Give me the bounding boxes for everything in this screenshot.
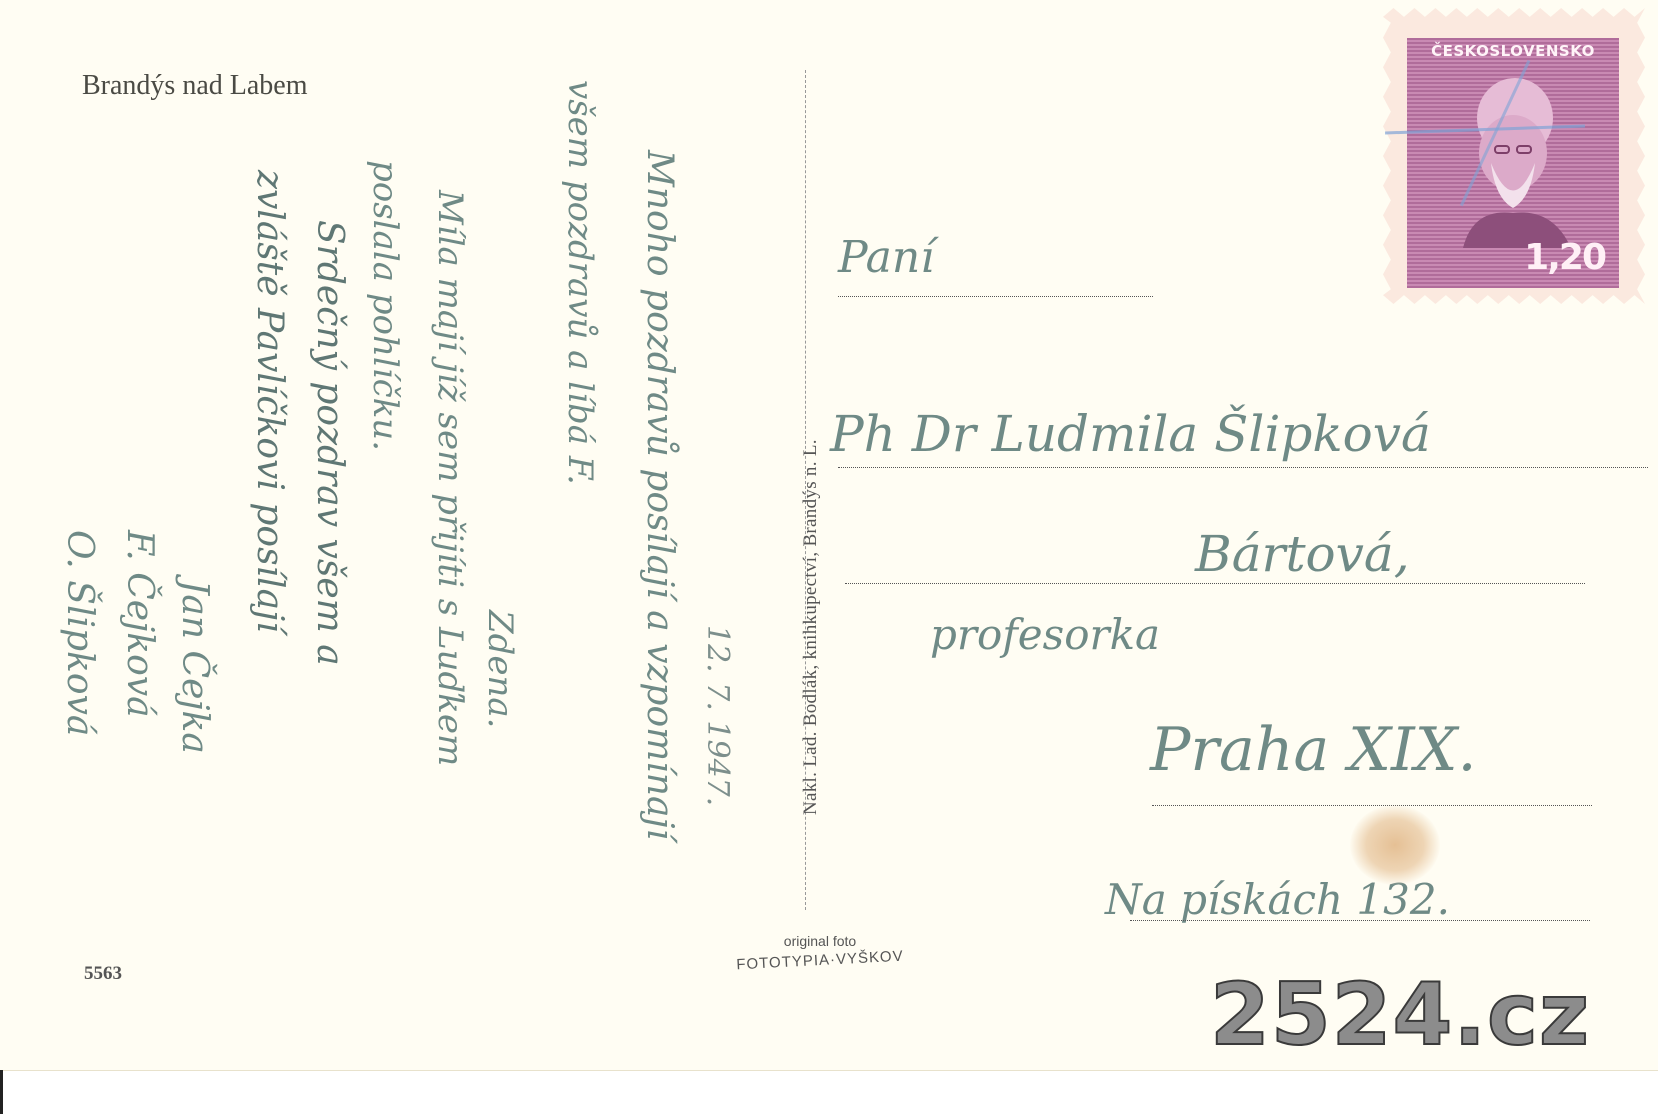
postcard-title: Brandýs nad Labem xyxy=(82,70,308,102)
frame-edge xyxy=(0,1070,3,1114)
address-line-5 xyxy=(1130,920,1590,921)
message-signature: Jan Čejka xyxy=(174,580,215,754)
address-city: Praha XIX. xyxy=(1150,715,1477,785)
message-line: všem pozdravů a líbá F. xyxy=(560,80,600,485)
address-name-2: Bártová, xyxy=(1195,525,1410,583)
postcard-back: Brandýs nad Labem 5563 Nakl. Lad. Bodlák… xyxy=(0,0,1658,1071)
stain xyxy=(1350,805,1440,885)
publisher-imprint: Nakl. Lad. Bodlák, knihkupectví, Brandýs… xyxy=(800,439,822,815)
message-signature: F. Čejková xyxy=(119,530,160,718)
address-line-2 xyxy=(838,467,1648,468)
message-date: 12. 7. 1947. xyxy=(700,625,735,806)
stamp-country: ČESKOSLOVENSKO xyxy=(1407,42,1619,60)
message-line: Srdečný pozdrav všem a xyxy=(309,220,350,666)
stamp-design: ČESKOSLOVENSKO 1,20 xyxy=(1407,38,1619,288)
stamp-value: 1,20 xyxy=(1524,237,1605,278)
message-line: Mnoho pozdravů posílají a vzpomínají xyxy=(639,150,680,840)
address-line-1 xyxy=(838,296,1153,297)
address-line-3 xyxy=(845,583,1585,584)
catalog-number: 5563 xyxy=(84,963,122,985)
postage-stamp: ČESKOSLOVENSKO 1,20 xyxy=(1383,8,1645,304)
address-name: Ph Dr Ludmila Šlipková xyxy=(830,405,1431,463)
message-signature: O. Šlipková xyxy=(59,530,100,736)
message-line: zvláště Pavlíčkovi posílají xyxy=(249,170,290,633)
address-line-4 xyxy=(1152,805,1592,806)
address-title: profesorka xyxy=(930,610,1160,659)
photo-credit: original foto FOTOTYPIA·VYŠKOV xyxy=(705,933,935,969)
photo-credit-line1: original foto xyxy=(705,933,935,949)
photo-credit-line2: FOTOTYPIA·VYŠKOV xyxy=(705,946,936,975)
address-salutation: Paní xyxy=(838,232,934,283)
message-line: Zdena. xyxy=(480,610,520,729)
watermark: 2524.cz xyxy=(1210,965,1590,1065)
message-line: poslala pohlíčku. xyxy=(365,160,405,451)
message-line: Míla mají jíž sem přijíti s Luďkem xyxy=(430,190,470,766)
